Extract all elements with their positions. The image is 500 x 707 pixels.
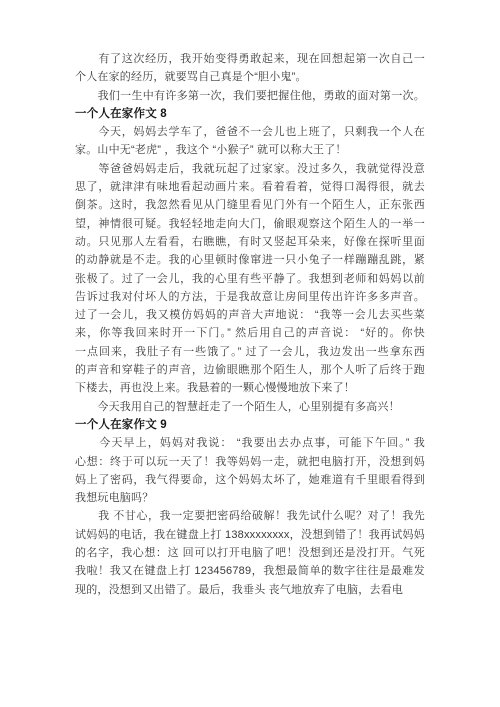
essay-line: 我 不甘心，我一定要把密码给破解！我先试什么呢？对了！我先: [75, 507, 425, 525]
essay-line: 张极了。过了一会儿，我的心里有些平静了。我想到老师和妈妈以前: [75, 270, 425, 288]
essay-line: 我们一生中有许多第一次，我们要把握住他，勇敢的面对第一次。: [75, 87, 425, 105]
essay-heading: 一个人在家作文 8: [75, 105, 425, 123]
essay-line: 今天，妈妈去学车了，爸爸不一会儿也上班了，只剩我一个人在: [75, 123, 425, 141]
essay-line: 望，神情很可疑。我轻轻地走向大门，偷眼观察这个陌生人的一举一: [75, 215, 425, 233]
essay-line: 心想：终于可以玩一天了！我等妈妈一走，就把电脑打开，没想到妈: [75, 453, 425, 471]
essay-line: 过了一会儿，我又模仿妈妈的声音大声地说： “我等一会儿去买些菜: [75, 306, 425, 324]
document-page: 有了这次经历，我开始变得勇敢起来，现在回想起第一次自己一个人在家的经历，就要骂自…: [0, 0, 500, 707]
essay-line: 倒茶。这时，我忽然看见从门缝里看见门外有一个陌生人，正东张西: [75, 196, 425, 214]
essay-line: 现的，没想到又出错了。最后，我垂头 丧气地放弃了电脑，去看电: [75, 581, 425, 599]
essay-content: 有了这次经历，我开始变得勇敢起来，现在回想起第一次自己一个人在家的经历，就要骂自…: [0, 0, 500, 599]
essay-line: 的名字，我心想：这 回可以打开电脑了吧！没想到还是没打开。气死: [75, 544, 425, 562]
essay-line: 家。山中无“老虎” ，我这个 “小猴子” 就可以称大王了！: [75, 141, 425, 159]
essay-line: 今天我用自己的智慧赶走了一个陌生人，心里别提有多高兴！: [75, 398, 425, 416]
essay-line: 等爸爸妈妈走后，我就玩起了过家家。没过多久，我就觉得没意: [75, 160, 425, 178]
essay-line: 一点回来，我肚子有一些饿了。” 过了一会儿，我边发出一些拿东西: [75, 343, 425, 361]
essay-line: 妈上了密码，我气得要命，这个妈妈太坏了，她难道有千里眼看得到: [75, 471, 425, 489]
essay-line: 今天早上，妈妈对我说： “我要出去办点事，可能下午回。” 我: [75, 434, 425, 452]
essay-heading: 一个人在家作文 9: [75, 416, 425, 434]
essay-line: 有了这次经历，我开始变得勇敢起来，现在回想起第一次自己一: [75, 50, 425, 68]
essay-line: 我啦！我又在键盘上打 123456789，我想最简单的数字往往是最难发: [75, 562, 425, 580]
essay-line: 思了，就津津有味地看起动画片来。看着看着，觉得口渴得很，就去: [75, 178, 425, 196]
essay-line: 的声音和穿鞋子的声音，边偷眼瞧那个陌生人，那个人听了后终于跑: [75, 361, 425, 379]
essay-line: 的动静就是不走。我的心里顿时像窜进一只小兔子一样蹦蹦乱跳，紧: [75, 251, 425, 269]
essay-line: 告诉过我对付坏人的方法，于是我故意让房间里传出许许多多声音。: [75, 288, 425, 306]
essay-line: 动。只见那人左看看，右瞧瞧，有时又竖起耳朵来，好像在探听里面: [75, 233, 425, 251]
essay-line: 试妈妈的电话，我在键盘上打 138xxxxxxxx，没想到错了！我再试妈妈: [75, 526, 425, 544]
essay-line: 个人在家的经历，就要骂自己真是个“胆小鬼”。: [75, 68, 425, 86]
essay-line: 我想玩电脑吗？: [75, 489, 425, 507]
essay-line: 下楼去，再也没上来。我悬着的一颗心慢慢地放下来了！: [75, 379, 425, 397]
essay-line: 来，你等我回来时开一下门。” 然后用自己的声音说： “好的。你快: [75, 324, 425, 342]
